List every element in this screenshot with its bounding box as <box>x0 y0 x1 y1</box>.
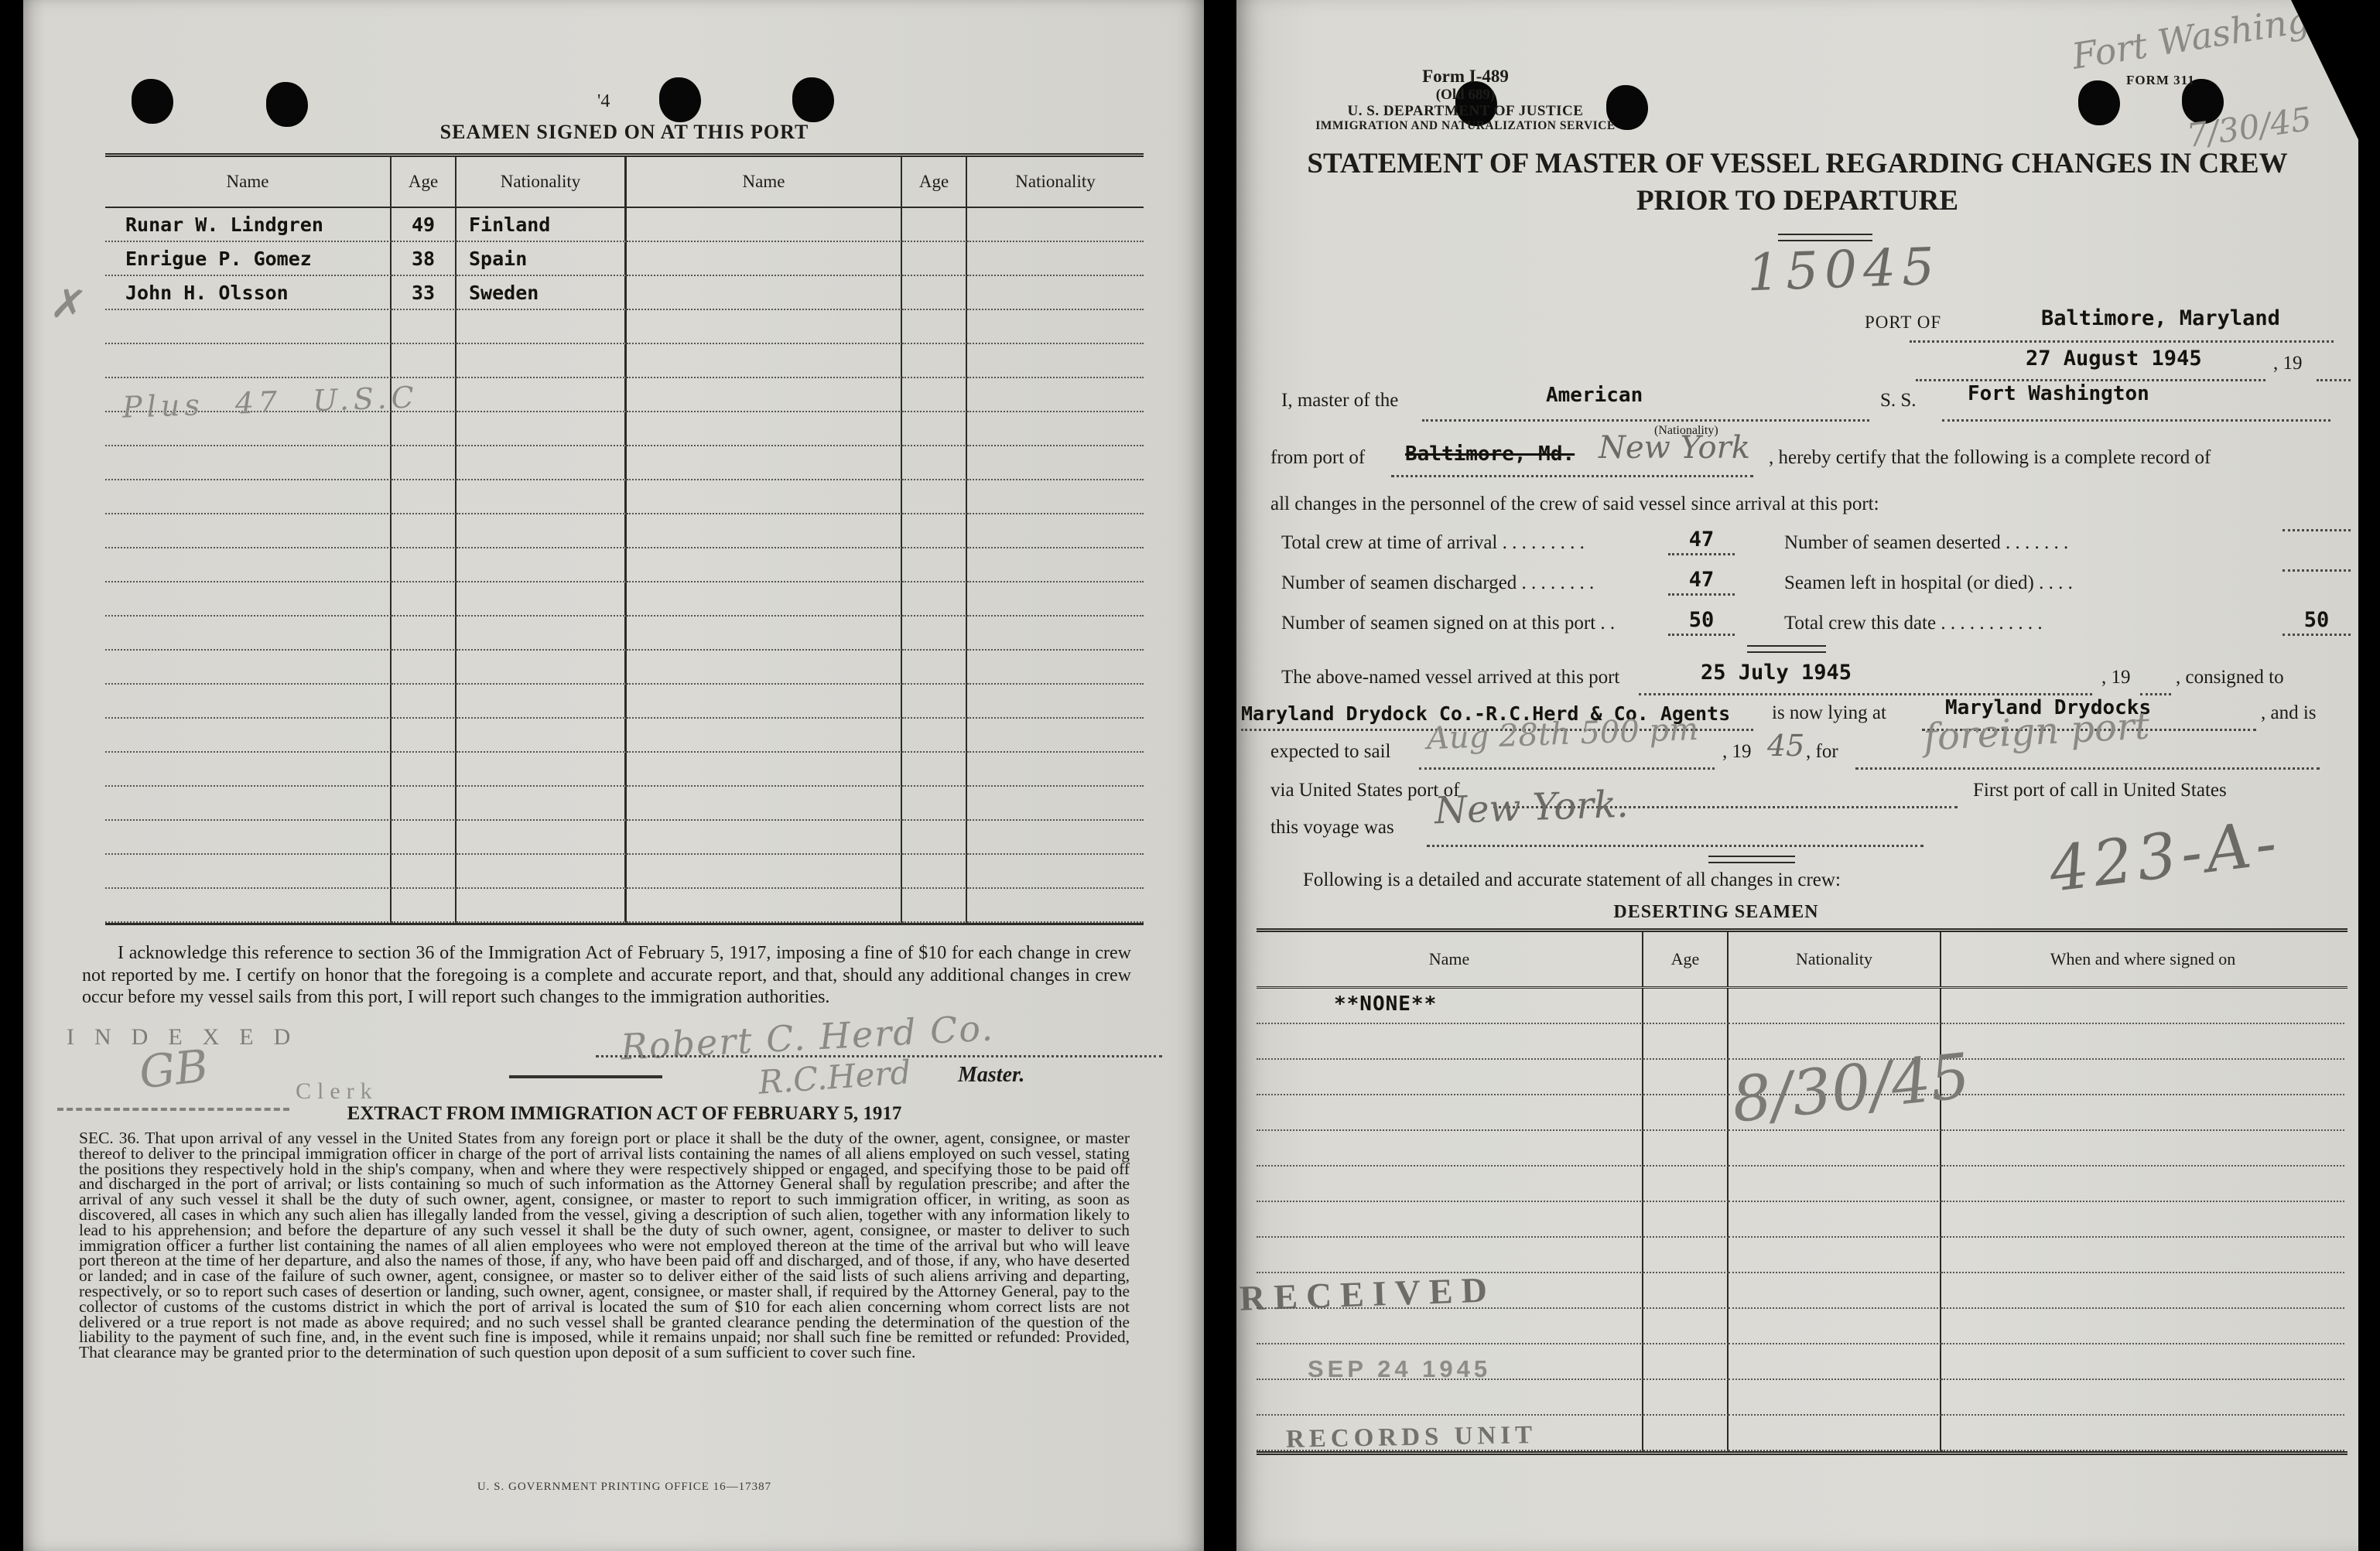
records-unit-stamp: RECORDS UNIT <box>1286 1421 1537 1454</box>
sail-destination-blank-line <box>1855 767 2320 770</box>
voyage-handwritten-value: New York. <box>1434 783 1629 833</box>
table-row-empty <box>105 480 1144 514</box>
stat-value: 47 <box>1668 528 1735 555</box>
table-header-row: Name Age Nationality When and where sign… <box>1257 932 2348 989</box>
arrival-date-value: 25 July 1945 <box>1701 661 1852 685</box>
table-row-empty <box>105 548 1144 582</box>
table-row-empty <box>105 582 1144 617</box>
table-row-empty <box>105 446 1144 480</box>
pencil-check-mark: ✗ <box>48 278 90 331</box>
from-port-struck-value: Baltimore, Md. <box>1405 442 1575 466</box>
punch-hole <box>792 77 834 122</box>
vessel-name-blank-line <box>1942 419 2330 422</box>
date-blank-line <box>1916 379 2265 381</box>
stat-label: Seamen left in hospital (or died) . . . … <box>1784 572 2073 594</box>
arrival-suffix: , consigned to <box>2176 667 2284 688</box>
following-statement-text: Following is a detailed and accurate sta… <box>1303 869 1841 891</box>
stat-value: 47 <box>1668 568 1735 596</box>
seaman-name: Runar W. Lindgren <box>105 208 392 242</box>
column-header: Name <box>627 157 902 207</box>
extract-heading: EXTRACT FROM IMMIGRATION ACT OF FEBRUARY… <box>105 1103 1144 1125</box>
table-row-empty <box>105 617 1144 651</box>
changes-text: all changes in the personnel of the crew… <box>1270 494 1879 515</box>
column-header: Age <box>902 157 967 207</box>
right-page: Form I-489 (Old 689) U. S. DEPARTMENT OF… <box>1236 0 2358 1551</box>
seamen-table-title: SEAMEN SIGNED ON AT THIS PORT <box>105 121 1144 144</box>
table-row-empty <box>1257 1131 2348 1167</box>
certify-text: , hereby certify that the following is a… <box>1769 447 2211 469</box>
stat-value <box>2283 568 2351 572</box>
crew-stat-line: Number of seamen discharged . . . . . . … <box>1281 572 2346 605</box>
column-header: Nationality <box>1729 932 1941 986</box>
table-body: Runar W. Lindgren 49 Finland Enrigue P. … <box>105 208 1144 923</box>
pencil-file-number: 15045 <box>1746 237 1942 303</box>
table-row: **NONE** <box>1257 989 2348 1024</box>
department-name: U. S. DEPARTMENT OF JUSTICE <box>1297 103 1634 119</box>
punch-hole <box>659 77 701 122</box>
table-header-row: Name Age Nationality Name Age Nationalit… <box>105 157 1144 208</box>
from-port-blank-line <box>1391 475 1753 477</box>
punch-hole <box>132 79 173 124</box>
punch-hole <box>2078 80 2120 125</box>
section-rule <box>1747 645 1826 653</box>
form-old-number: (Old 689) <box>1297 87 1634 103</box>
seaman-name: Enrigue P. Gomez <box>105 242 392 276</box>
stat-label: Number of seamen deserted . . . . . . . <box>1784 532 2068 554</box>
seaman-name: John H. Olsson <box>105 276 392 310</box>
table-row-empty <box>1257 1380 2348 1416</box>
form-identification-block: Form I-489 (Old 689) U. S. DEPARTMENT OF… <box>1297 67 1634 133</box>
crew-stat-line: Number of seamen signed on at this port … <box>1281 613 2346 645</box>
table-row-empty <box>105 821 1144 855</box>
crew-stat-line: Total crew at time of arrival . . . . . … <box>1281 532 2346 565</box>
none-entry: **NONE** <box>1257 989 1643 1024</box>
received-date-stamp: SEP 24 1945 <box>1308 1355 1491 1383</box>
table-row-empty <box>1257 1024 2348 1060</box>
column-header: Age <box>1643 932 1729 986</box>
seaman-age: 33 <box>392 276 457 310</box>
statement-date-value: 27 August 1945 <box>2026 347 2202 371</box>
master-label: Master. <box>958 1063 1024 1088</box>
table-row-empty <box>105 514 1144 548</box>
section-rule <box>1708 856 1795 863</box>
arrival-date-blank-line <box>1639 693 2092 695</box>
lying-at-suffix: , and is <box>2261 702 2317 724</box>
scanned-document: '4 SEAMEN SIGNED ON AT THIS PORT Name Ag… <box>0 0 2380 1551</box>
pencil-vessel-name: Fort Washington <box>2069 0 2370 77</box>
stat-value: 50 <box>1668 608 1735 636</box>
column-header: Nationality <box>967 157 1144 207</box>
sail-date-blank-line <box>1419 767 1715 770</box>
form-number: Form I-489 <box>1297 67 1634 87</box>
service-name: IMMIGRATION AND NATURALIZATION SERVICE <box>1297 119 1634 132</box>
extract-section-36-text: SEC. 36. That upon arrival of any vessel… <box>79 1131 1130 1361</box>
page-number-mark: '4 <box>597 91 610 112</box>
column-header: Name <box>105 157 392 207</box>
master-signature-company: Robert C. Herd Co. <box>620 1006 995 1068</box>
left-page: '4 SEAMEN SIGNED ON AT THIS PORT Name Ag… <box>23 0 1204 1551</box>
table-row-empty <box>1257 1309 2348 1344</box>
table-row-empty <box>105 344 1144 378</box>
clerk-initials: GB <box>137 1040 211 1099</box>
clerk-stamp: Clerk <box>296 1078 378 1105</box>
deserting-seamen-heading: DESERTING SEAMEN <box>1236 902 2196 923</box>
form-311-label: FORM 311 <box>2126 73 2195 88</box>
table-row-empty <box>105 685 1144 719</box>
arrival-year-blank-line <box>2140 693 2171 695</box>
via-port-label: via United States port of <box>1270 780 1459 801</box>
sail-year-label: , 19 <box>1722 741 1752 763</box>
sail-for-label: , for <box>1806 741 1838 763</box>
table-row-empty <box>105 889 1144 923</box>
table-row-empty <box>105 651 1144 685</box>
table-row-empty <box>105 719 1144 753</box>
column-header: When and where signed on <box>1941 932 2344 986</box>
vessel-nationality-value: American <box>1546 384 1643 407</box>
from-port-handwritten-value: New York <box>1599 430 1750 466</box>
voyage-blank-line <box>1427 845 1923 847</box>
stat-label: Number of seamen discharged . . . . . . … <box>1281 572 1594 594</box>
year-blank-label: , 19 <box>2273 353 2303 374</box>
column-header: Name <box>1257 932 1643 986</box>
seaman-nationality: Spain <box>457 242 627 276</box>
port-of-label: PORT OF <box>1865 313 1941 333</box>
stat-value <box>2283 528 2351 531</box>
seamen-signed-on-table: Name Age Nationality Name Age Nationalit… <box>105 153 1144 925</box>
seaman-nationality: Sweden <box>457 276 627 310</box>
expected-sail-label: expected to sail <box>1270 741 1391 763</box>
vessel-name-value: Fort Washington <box>1968 382 2149 405</box>
year-blank-line <box>2317 379 2351 381</box>
stat-value: 50 <box>2283 608 2351 636</box>
table-row-empty <box>105 310 1144 344</box>
signature-line <box>596 1055 1162 1057</box>
arrival-year-label: , 19 <box>2101 667 2131 688</box>
column-header: Age <box>392 157 457 207</box>
lying-at-label: is now lying at <box>1772 702 1886 724</box>
voyage-label: this voyage was <box>1270 817 1394 839</box>
seaman-nationality: Finland <box>457 208 627 242</box>
stat-label: Total crew this date . . . . . . . . . .… <box>1784 613 2043 634</box>
table-row-empty <box>105 855 1144 889</box>
first-port-label: First port of call in United States <box>1973 780 2227 801</box>
table-row: Runar W. Lindgren 49 Finland <box>105 208 1144 242</box>
acknowledgment-paragraph: I acknowledge this reference to section … <box>82 942 1131 1009</box>
table-row: John H. Olsson 33 Sweden <box>105 276 1144 310</box>
master-signature-name: R.C.Herd <box>757 1053 912 1102</box>
port-value: Baltimore, Maryland <box>2041 306 2280 330</box>
ss-label: S. S. <box>1880 390 1917 412</box>
form-title-line1: STATEMENT OF MASTER OF VESSEL REGARDING … <box>1256 147 2339 180</box>
stat-label: Number of seamen signed on at this port … <box>1281 613 1615 634</box>
table-row-empty <box>1257 1167 2348 1202</box>
from-port-label: from port of <box>1270 447 1365 469</box>
nationality-blank-line <box>1422 419 1869 422</box>
seaman-age: 38 <box>392 242 457 276</box>
pencil-file-code: 423-A- <box>2045 806 2285 906</box>
master-of-label: I, master of the <box>1281 390 1398 412</box>
table-row-empty <box>105 753 1144 787</box>
table-row: Enrigue P. Gomez 38 Spain <box>105 242 1144 276</box>
table-row-empty <box>105 787 1144 821</box>
table-row-empty <box>1257 1202 2348 1238</box>
form-title-line2: PRIOR TO DEPARTURE <box>1256 184 2339 217</box>
stat-label: Total crew at time of arrival . . . . . … <box>1281 532 1585 554</box>
column-header: Nationality <box>457 157 627 207</box>
port-blank-line <box>1910 340 2334 343</box>
gpo-footer: U. S. GOVERNMENT PRINTING OFFICE 16—1738… <box>105 1481 1144 1494</box>
sail-year-handwritten: 45 <box>1767 729 1804 763</box>
table-row-empty <box>1257 1238 2348 1273</box>
filled-rule <box>509 1075 662 1078</box>
seaman-age: 49 <box>392 208 457 242</box>
arrival-prefix: The above-named vessel arrived at this p… <box>1281 667 1619 688</box>
